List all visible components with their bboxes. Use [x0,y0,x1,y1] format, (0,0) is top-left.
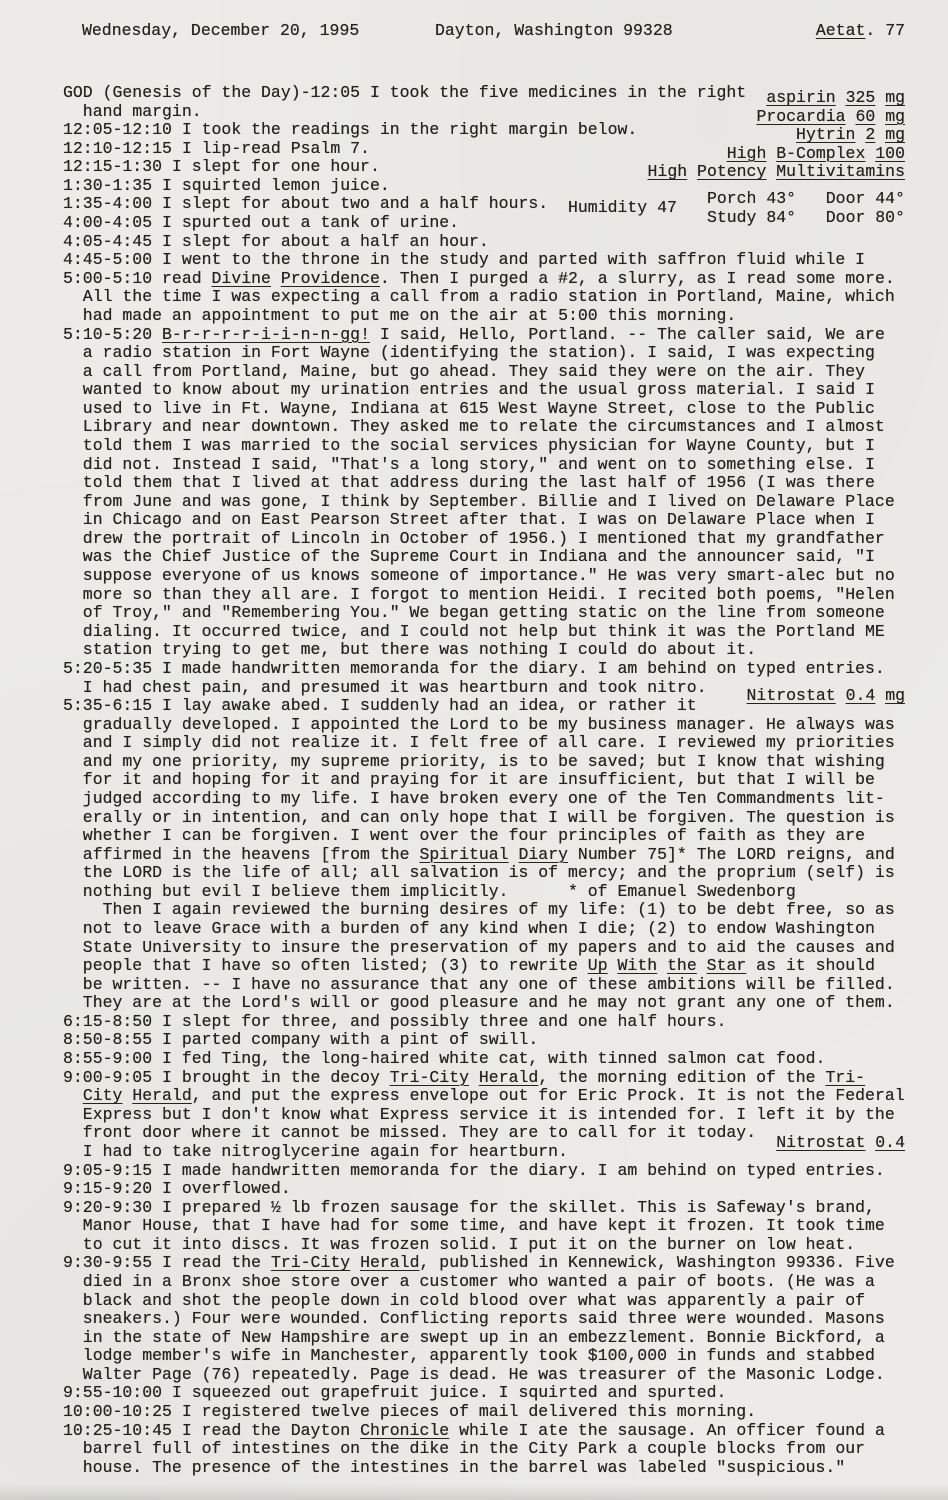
diary-line: did not. Instead I said, "That's a long … [63,456,905,475]
diary-line: wanted to know about my urination entrie… [63,381,905,400]
diary-line: had made an appointment to put me on the… [63,307,905,326]
diary-line: whether I can be forgiven. I went over t… [63,827,905,846]
diary-line: 9:15-9:20 I overflowed. [63,1180,905,1199]
diary-line: 5:00-5:10 read Divine Providence. Then I… [63,270,905,289]
diary-line: Manor House, that I have had for some ti… [63,1217,905,1236]
diary-line: and my one priority, my supreme priority… [63,753,905,772]
diary-line: City Herald, and put the express envelop… [63,1087,905,1106]
diary-line: sneakers.) Four were wounded. Conflictin… [63,1310,905,1329]
diary-line: told them that I lived at that address d… [63,474,905,493]
nitrostat-note-1: Nitrostat 0.4 mg [747,687,905,706]
diary-line: 4:45-5:00 I went to the throne in the st… [63,251,905,270]
humidity-reading: Humidity 47 [568,199,677,218]
temperature-line: Porch 43° Door 44° [707,190,905,209]
diary-line: more so than they all are. I forgot to m… [63,586,905,605]
diary-line: 10:25-10:45 I read the Dayton Chronicle … [63,1422,905,1441]
diary-line: people that I have so often listed; (3) … [63,957,905,976]
temperature-readings: Porch 43° Door 44°Study 84° Door 80° [707,190,905,227]
medication-item: High B-Complex 100 [648,145,905,164]
medication-item: Procardia 60 mg [648,108,905,127]
diary-line: 5:10-5:20 B-r-r-r-r-i-i-n-n-gg! I said, … [63,326,905,345]
page-bottom-shadow [0,1484,948,1500]
diary-line: be written. -- I have no assurance that … [63,976,905,995]
diary-line: suppose everyone of us knows someone of … [63,567,905,586]
diary-line: gradually developed. I appointed the Lor… [63,716,905,735]
diary-line: 9:30-9:55 I read the Tri-City Herald, pu… [63,1254,905,1273]
diary-line: barrel full of intestines on the dike in… [63,1440,905,1459]
temperature-line: Study 84° Door 80° [707,209,905,228]
diary-line: house. The presence of the intestines in… [63,1459,905,1478]
diary-line: Then I again reviewed the burning desire… [63,901,905,920]
diary-line: in the state of New Hampshire are swept … [63,1329,905,1348]
diary-line: 8:50-8:55 I parted company with a pint o… [63,1031,905,1050]
diary-line: All the time I was expecting a call from… [63,288,905,307]
diary-line: died in a Bronx shoe store over a custom… [63,1273,905,1292]
diary-line: and I simply did not realize it. I felt … [63,734,905,753]
diary-line: 9:20-9:30 I prepared ½ lb frozen sausage… [63,1199,905,1218]
diary-line: 8:55-9:00 I fed Ting, the long-haired wh… [63,1050,905,1069]
diary-line: Library and near downtown. They asked me… [63,418,905,437]
diary-line: drew the portrait of Lincoln in October … [63,530,905,549]
diary-line: 5:20-5:35 I made handwritten memoranda f… [63,660,905,679]
diary-line: for it and hoping for it and praying for… [63,771,905,790]
diary-line: They are at the Lord's will or good plea… [63,994,905,1013]
header-age-value: . 77 [865,21,905,40]
diary-body: GOD (Genesis of the Day)-12:05 I took th… [63,84,905,1477]
diary-line: of Troy," and "Remembering You." We bega… [63,604,905,623]
medication-list: aspirin 325 mgProcardia 60 mgHytrin 2 mg… [648,89,905,182]
diary-line: erally or in intention, and can only hop… [63,809,905,828]
diary-line: judged according to my life. I have brok… [63,790,905,809]
diary-line: a call from Portland, Maine, but go ahea… [63,363,905,382]
medication-item: Hytrin 2 mg [648,126,905,145]
diary-page: Wednesday, December 20, 1995 Dayton, Was… [0,0,948,1500]
diary-line: dialing. It occurred twice, and I could … [63,623,905,642]
nitrostat-note-2: Nitrostat 0.4 [776,1134,905,1153]
diary-line: nothing but evil I believe them implicit… [63,883,905,902]
diary-line: 10:00-10:25 I registered twelve pieces o… [63,1403,905,1422]
diary-line: 9:55-10:00 I squeezed out grapefruit jui… [63,1384,905,1403]
diary-line: used to live in Ft. Wayne, Indiana at 61… [63,400,905,419]
diary-line: State University to insure the preservat… [63,939,905,958]
diary-line: 4:05-4:45 I slept for about a half an ho… [63,233,905,252]
diary-line: in Chicago and on East Pearson Street af… [63,511,905,530]
diary-line: from June and was gone, I think by Septe… [63,493,905,512]
diary-line: 9:00-9:05 I brought in the decoy Tri-Cit… [63,1069,905,1088]
diary-line: affirmed in the heavens [from the Spirit… [63,846,905,865]
diary-line: 9:05-9:15 I made handwritten memoranda f… [63,1162,905,1181]
diary-line: the LORD is the life of all; all salvati… [63,864,905,883]
medication-item: aspirin 325 mg [648,89,905,108]
header-location: Dayton, Washington 99328 [435,22,673,41]
diary-line: Walter Page (76) repeatedly. Page is dea… [63,1366,905,1385]
diary-line: told them I was married to the social se… [63,437,905,456]
header-age-label: Aetat [816,21,866,40]
diary-line: 6:15-8:50 I slept for three, and possibl… [63,1013,905,1032]
diary-line: a radio station in Fort Wayne (identifyi… [63,344,905,363]
header-date: Wednesday, December 20, 1995 [82,22,359,41]
diary-line: station trying to get me, but there was … [63,641,905,660]
medication-item: High Potency Multivitamins [648,163,905,182]
diary-line: Express but I don't know what Express se… [63,1106,905,1125]
diary-line: not to leave Grace with a burden of any … [63,920,905,939]
diary-line: black and shot the people down in cold b… [63,1292,905,1311]
diary-line: was the Chief Justice of the Supreme Cou… [63,548,905,567]
header-age: Aetat. 77 [816,22,905,41]
diary-line: to cut it into discs. It was frozen soli… [63,1236,905,1255]
diary-line: lodge member's wife in Manchester, appar… [63,1347,905,1366]
